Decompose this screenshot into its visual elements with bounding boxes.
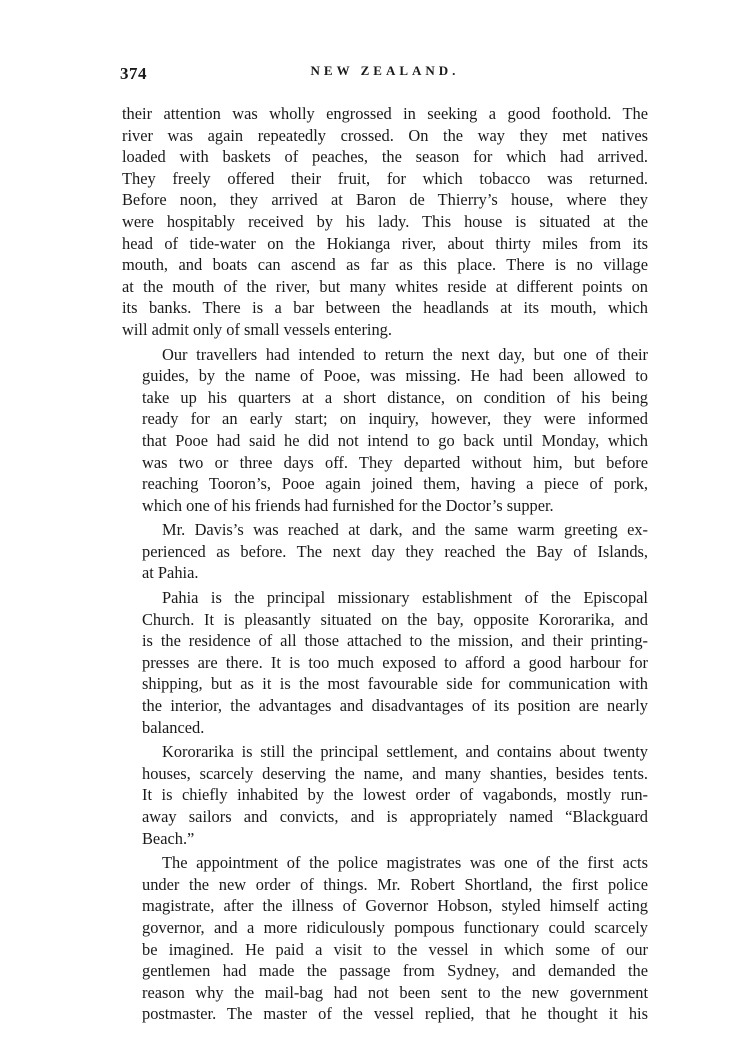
book-page: 374 NEW ZEALAND. their attention was who… xyxy=(122,60,648,1028)
text-line: Beach.” xyxy=(122,828,648,850)
text-line: Our travellers had intended to return th… xyxy=(122,344,648,366)
running-head: 374 NEW ZEALAND. xyxy=(122,60,648,90)
text-line: ready for an early start; on inquiry, ho… xyxy=(122,408,648,430)
text-line: reaching Tooron’s, Pooe again joined the… xyxy=(122,473,648,495)
text-line: be imagined. He paid a visit to the vess… xyxy=(122,939,648,961)
text-line: at Pahia. xyxy=(122,562,648,584)
text-line: houses, scarcely deserving the name, and… xyxy=(122,763,648,785)
text-line: is the residence of all those attached t… xyxy=(122,630,648,652)
text-line: their attention was wholly engrossed in … xyxy=(122,103,648,125)
text-line: was two or three days off. They departed… xyxy=(122,452,648,474)
paragraph-5: Kororarika is still the principal settle… xyxy=(122,741,648,849)
text-line: head of tide-water on the Hokianga river… xyxy=(122,233,648,255)
text-line: take up his quarters at a short distance… xyxy=(122,387,648,409)
text-line: under the new order of things. Mr. Rober… xyxy=(122,874,648,896)
text-line: The appointment of the police magistrate… xyxy=(122,852,648,874)
text-line: balanced. xyxy=(122,717,648,739)
page-body: their attention was wholly engrossed in … xyxy=(122,103,648,1025)
text-line: Mr. Davis’s was reached at dark, and the… xyxy=(122,519,648,541)
text-line: shipping, but as it is the most favourab… xyxy=(122,673,648,695)
text-line: reason why the mail-bag had not been sen… xyxy=(122,982,648,1004)
text-line: Before noon, they arrived at Baron de Th… xyxy=(122,189,648,211)
text-line: away sailors and convicts, and is approp… xyxy=(122,806,648,828)
text-line: the interior, the advantages and disadva… xyxy=(122,695,648,717)
text-line: postmaster. The master of the vessel rep… xyxy=(122,1003,648,1025)
text-line: gentlemen had made the passage from Sydn… xyxy=(122,960,648,982)
text-line: Pahia is the principal missionary establ… xyxy=(122,587,648,609)
text-line: They freely offered their fruit, for whi… xyxy=(122,168,648,190)
text-line: perienced as before. The next day they r… xyxy=(122,541,648,563)
text-line: presses are there. It is too much expose… xyxy=(122,652,648,674)
text-line: will admit only of small vessels enterin… xyxy=(122,319,648,341)
text-line: Kororarika is still the principal settle… xyxy=(122,741,648,763)
paragraph-3: Mr. Davis’s was reached at dark, and the… xyxy=(122,519,648,584)
text-line: magistrate, after the illness of Governo… xyxy=(122,895,648,917)
paragraph-2: Our travellers had intended to return th… xyxy=(122,344,648,517)
running-title: NEW ZEALAND. xyxy=(122,63,648,79)
paragraph-4: Pahia is the principal missionary establ… xyxy=(122,587,648,738)
paragraph-1: their attention was wholly engrossed in … xyxy=(122,103,648,341)
text-line: mouth, and boats can ascend as far as th… xyxy=(122,254,648,276)
text-line: that Pooe had said he did not intend to … xyxy=(122,430,648,452)
text-line: It is chiefly inhabited by the lowest or… xyxy=(122,784,648,806)
text-line: Church. It is pleasantly situated on the… xyxy=(122,609,648,631)
text-line: loaded with baskets of peaches, the seas… xyxy=(122,146,648,168)
text-line: which one of his friends had furnished f… xyxy=(122,495,648,517)
text-line: governor, and a more ridiculously pompou… xyxy=(122,917,648,939)
paragraph-6: The appointment of the police magistrate… xyxy=(122,852,648,1025)
text-line: its banks. There is a bar between the he… xyxy=(122,297,648,319)
text-line: guides, by the name of Pooe, was missing… xyxy=(122,365,648,387)
text-line: were hospitably received by his lady. Th… xyxy=(122,211,648,233)
text-line: river was again repeatedly crossed. On t… xyxy=(122,125,648,147)
text-line: at the mouth of the river, but many whit… xyxy=(122,276,648,298)
